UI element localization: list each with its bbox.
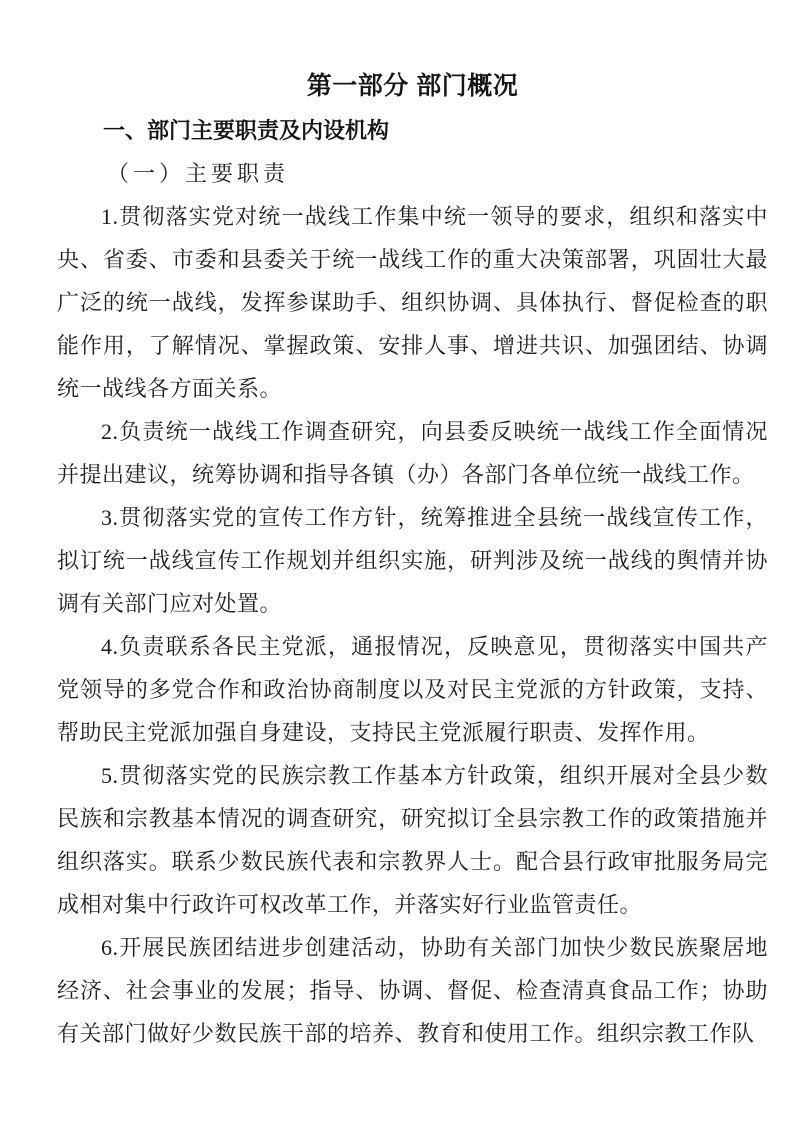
duty-paragraph-6: 6.开展民族团结进步创建活动，协助有关部门加快少数民族聚居地经济、社会事业的发展… <box>57 926 768 1055</box>
document-title: 第一部分 部门概况 <box>57 64 768 109</box>
duty-paragraph-3: 3.贯彻落实党的宣传工作方针，统筹推进全县统一战线宣传工作，拟订统一战线宣传工作… <box>57 496 768 625</box>
duty-paragraph-4: 4.负责联系各民主党派，通报情况，反映意见，贯彻落实中国共产党领导的多党合作和政… <box>57 625 768 754</box>
duty-paragraph-5: 5.贯彻落实党的民族宗教工作基本方针政策，组织开展对全县少数民族和宗教基本情况的… <box>57 754 768 926</box>
section-heading: 一、部门主要职责及内设机构 <box>57 109 768 152</box>
subsection-heading: （一）主要职责 <box>57 152 768 195</box>
duty-paragraph-2: 2.负责统一战线工作调查研究，向县委反映统一战线工作全面情况并提出建议，统筹协调… <box>57 410 768 496</box>
document-page: 第一部分 部门概况 一、部门主要职责及内设机构 （一）主要职责 1.贯彻落实党对… <box>0 0 793 1122</box>
duty-paragraph-1: 1.贯彻落实党对统一战线工作集中统一领导的要求，组织和落实中央、省委、市委和县委… <box>57 195 768 410</box>
